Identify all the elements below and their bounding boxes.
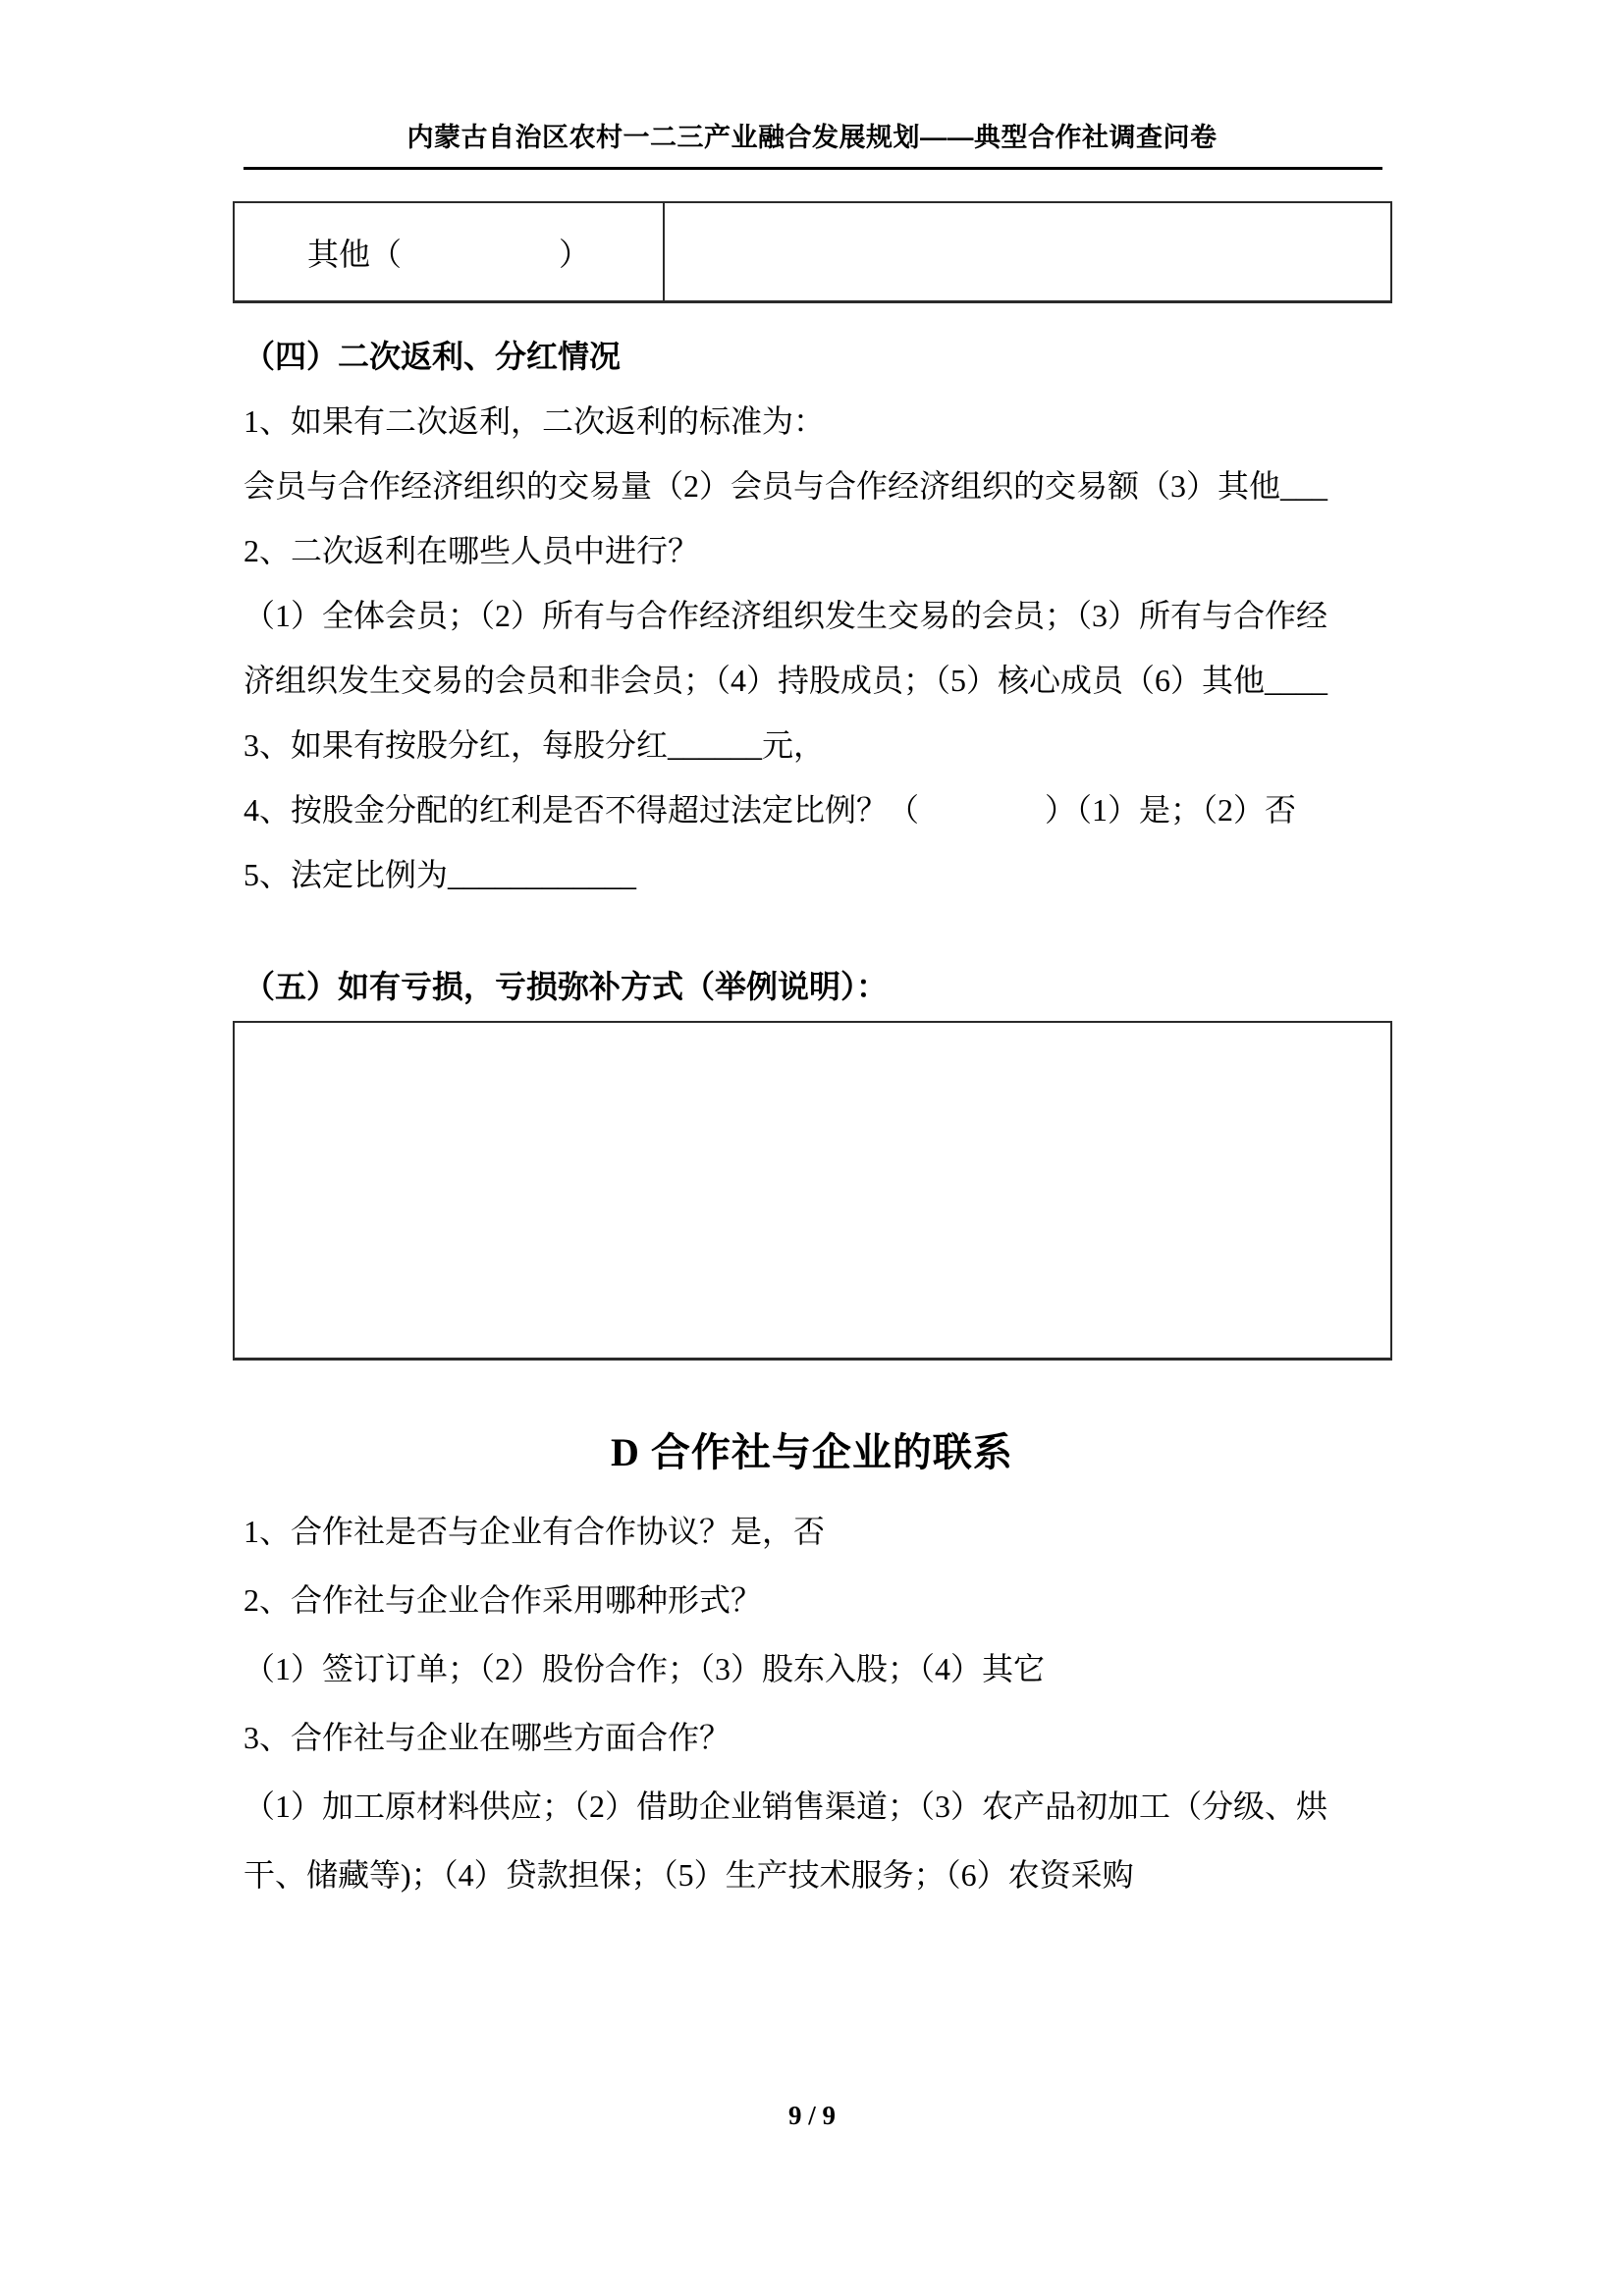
question-line: 2、合作社与企业合作采用哪种形式？ (244, 1566, 1392, 1634)
table-cell-other-answer[interactable] (665, 203, 1390, 300)
table-cell-other-label: 其他（ ） (235, 203, 665, 300)
option-line: 济组织发生交易的会员和非会员；（4）持股成员；（5）核心成员（6）其他____ (244, 648, 1392, 713)
question-line: 1、如果有二次返利，二次返利的标准为： (244, 389, 1392, 454)
section-5-heading: （五）如有亏损，亏损弥补方式（举例说明）： (244, 954, 1392, 1019)
other-option-table-row: 其他（ ） (233, 201, 1392, 303)
question-line: 2、二次返利在哪些人员中进行？ (244, 518, 1392, 583)
question-line: 3、合作社与企业在哪些方面合作？ (244, 1703, 1392, 1772)
question-line: 1、合作社是否与企业有合作协议？是，否 (244, 1497, 1392, 1566)
section-d-cooperative-enterprise: 1、合作社是否与企业有合作协议？是，否 2、合作社与企业合作采用哪种形式？ （1… (244, 1497, 1392, 1909)
option-line: （1）加工原材料供应；（2）借助企业销售渠道；（3）农产品初加工（分级、烘 (244, 1772, 1392, 1841)
header-rule (244, 167, 1382, 170)
questionnaire-page: 内蒙古自治区农村一二三产业融合发展规划——典型合作社调查问卷 其他（ ） （四）… (0, 0, 1624, 2296)
option-line: 会员与合作经济组织的交易量（2）会员与合作经济组织的交易额（3）其他___ (244, 454, 1392, 518)
option-line: （1）全体会员；（2）所有与合作经济组织发生交易的会员；（3）所有与合作经 (244, 583, 1392, 648)
option-line: （1）签订订单；（2）股份合作；（3）股东入股；（4）其它 (244, 1634, 1392, 1703)
document-header-title: 内蒙古自治区农村一二三产业融合发展规划——典型合作社调查问卷 (0, 110, 1624, 165)
question-line: 5、法定比例为____________ (244, 842, 1392, 907)
option-line: 干、储藏等)；（4）贷款担保；（5）生产技术服务；（6）农资采购 (244, 1841, 1392, 1909)
section-d-heading: D 合作社与企业的联系 (0, 1414, 1624, 1492)
question-line: 4、按股金分配的红利是否不得超过法定比例？（ ）（1）是；（2）否 (244, 777, 1392, 842)
question-line: 3、如果有按股分红，每股分红______元， (244, 713, 1392, 777)
page-number: 9 / 9 (0, 2089, 1624, 2142)
section-4-heading: （四）二次返利、分红情况 (244, 324, 1392, 389)
section-4-rebate-dividend: （四）二次返利、分红情况 1、如果有二次返利，二次返利的标准为： 会员与合作经济… (244, 324, 1392, 907)
loss-compensation-answer-box[interactable] (233, 1021, 1392, 1361)
